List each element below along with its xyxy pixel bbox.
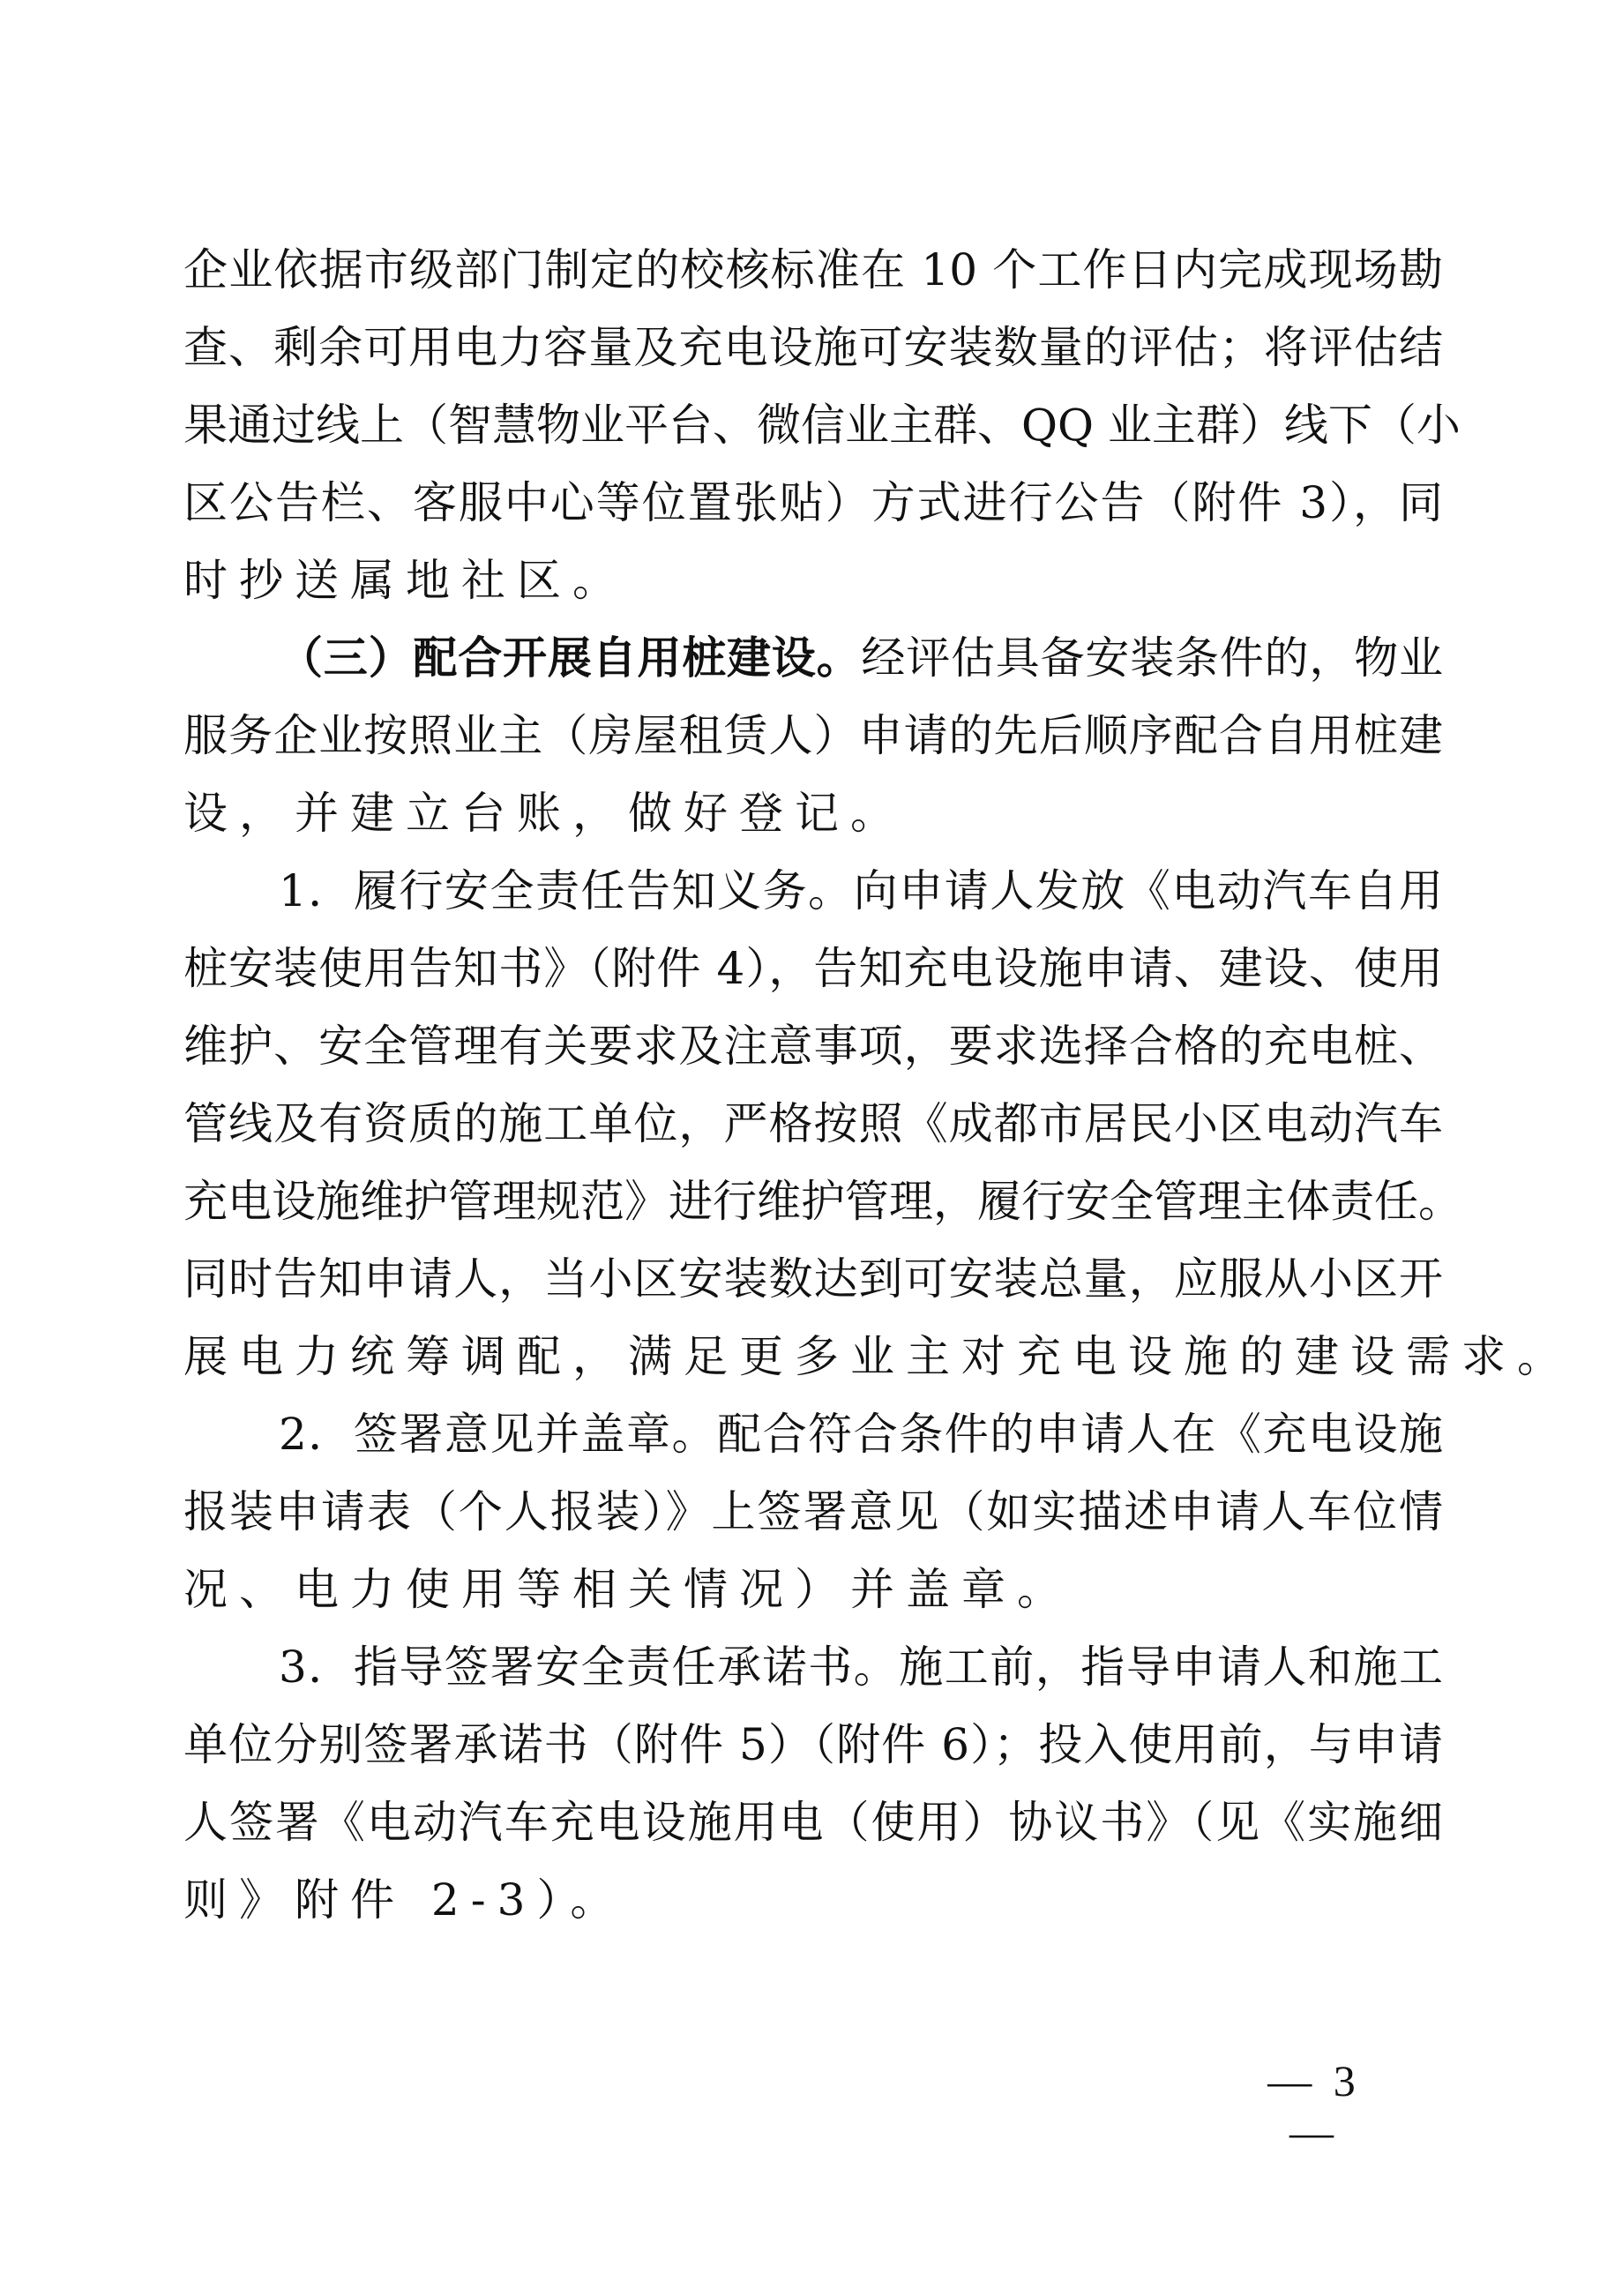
text-line: 管线及有资质的施工单位，严格按照《成都市居民小区电动汽车 bbox=[183, 1085, 1443, 1163]
text-line: 人签署《电动汽车充电设施用电（使用）协议书》（见《实施细 bbox=[183, 1784, 1443, 1861]
text-line: 企业依据市级部门制定的校核标准在 10 个工作日内完成现场勘 bbox=[183, 231, 1443, 309]
text-line: 维护、安全管理有关要求及注意事项，要求选择合格的充电桩、 bbox=[183, 1007, 1443, 1085]
text-line: 展电力统筹调配，满足更多业主对充电设施的建设需求。 bbox=[183, 1318, 1443, 1395]
document-page: 企业依据市级部门制定的校核标准在 10 个工作日内完成现场勘 查、剩余可用电力容… bbox=[0, 0, 1622, 2296]
text-line: 果通过线上（智慧物业平台、微信业主群、QQ 业主群）线下（小 bbox=[183, 386, 1443, 464]
page-number: — 3 — bbox=[1239, 2055, 1389, 2158]
document-body: 企业依据市级部门制定的校核标准在 10 个工作日内完成现场勘 查、剩余可用电力容… bbox=[183, 231, 1443, 1939]
text-line: 设，并建立台账，做好登记。 bbox=[183, 774, 1443, 852]
text-line: 查、剩余可用电力容量及充电设施可安装数量的评估；将评估结 bbox=[183, 309, 1443, 386]
text-line: 时抄送属地社区。 bbox=[183, 542, 1443, 619]
list-item-1-first-line: 1．履行安全责任告知义务。向申请人发放《电动汽车自用 bbox=[183, 852, 1443, 930]
section-heading: （三）配合开展自用桩建设。 bbox=[279, 632, 861, 684]
text-line: 桩安装使用告知书》（附件 4），告知充电设施申请、建设、使用 bbox=[183, 930, 1443, 1007]
text-line: 充电设施维护管理规范》进行维护管理，履行安全管理主体责任。 bbox=[183, 1163, 1443, 1240]
text-line: 况、电力使用等相关情况）并盖章。 bbox=[183, 1551, 1443, 1628]
text-line: 区公告栏、客服中心等位置张贴）方式进行公告（附件 3），同 bbox=[183, 464, 1443, 542]
text-line: 同时告知申请人，当小区安装数达到可安装总量，应服从小区开 bbox=[183, 1240, 1443, 1318]
text-line: 报装申请表（个人报装）》上签署意见（如实描述申请人车位情 bbox=[183, 1473, 1443, 1551]
text-line: 服务企业按照业主（房屋租赁人）申请的先后顺序配合自用桩建 bbox=[183, 697, 1443, 774]
text-line: 则》附件 2-3）。 bbox=[183, 1861, 1443, 1939]
text-segment: 经评估具备安装条件的，物业 bbox=[861, 632, 1443, 684]
list-item-2-first-line: 2．签署意见并盖章。配合符合条件的申请人在《充电设施 bbox=[183, 1395, 1443, 1473]
list-item-3-first-line: 3．指导签署安全责任承诺书。施工前，指导申请人和施工 bbox=[183, 1628, 1443, 1706]
text-line: 单位分别签署承诺书（附件 5）（附件 6）；投入使用前，与申请 bbox=[183, 1706, 1443, 1784]
section-heading-line: （三）配合开展自用桩建设。经评估具备安装条件的，物业 bbox=[183, 619, 1443, 697]
